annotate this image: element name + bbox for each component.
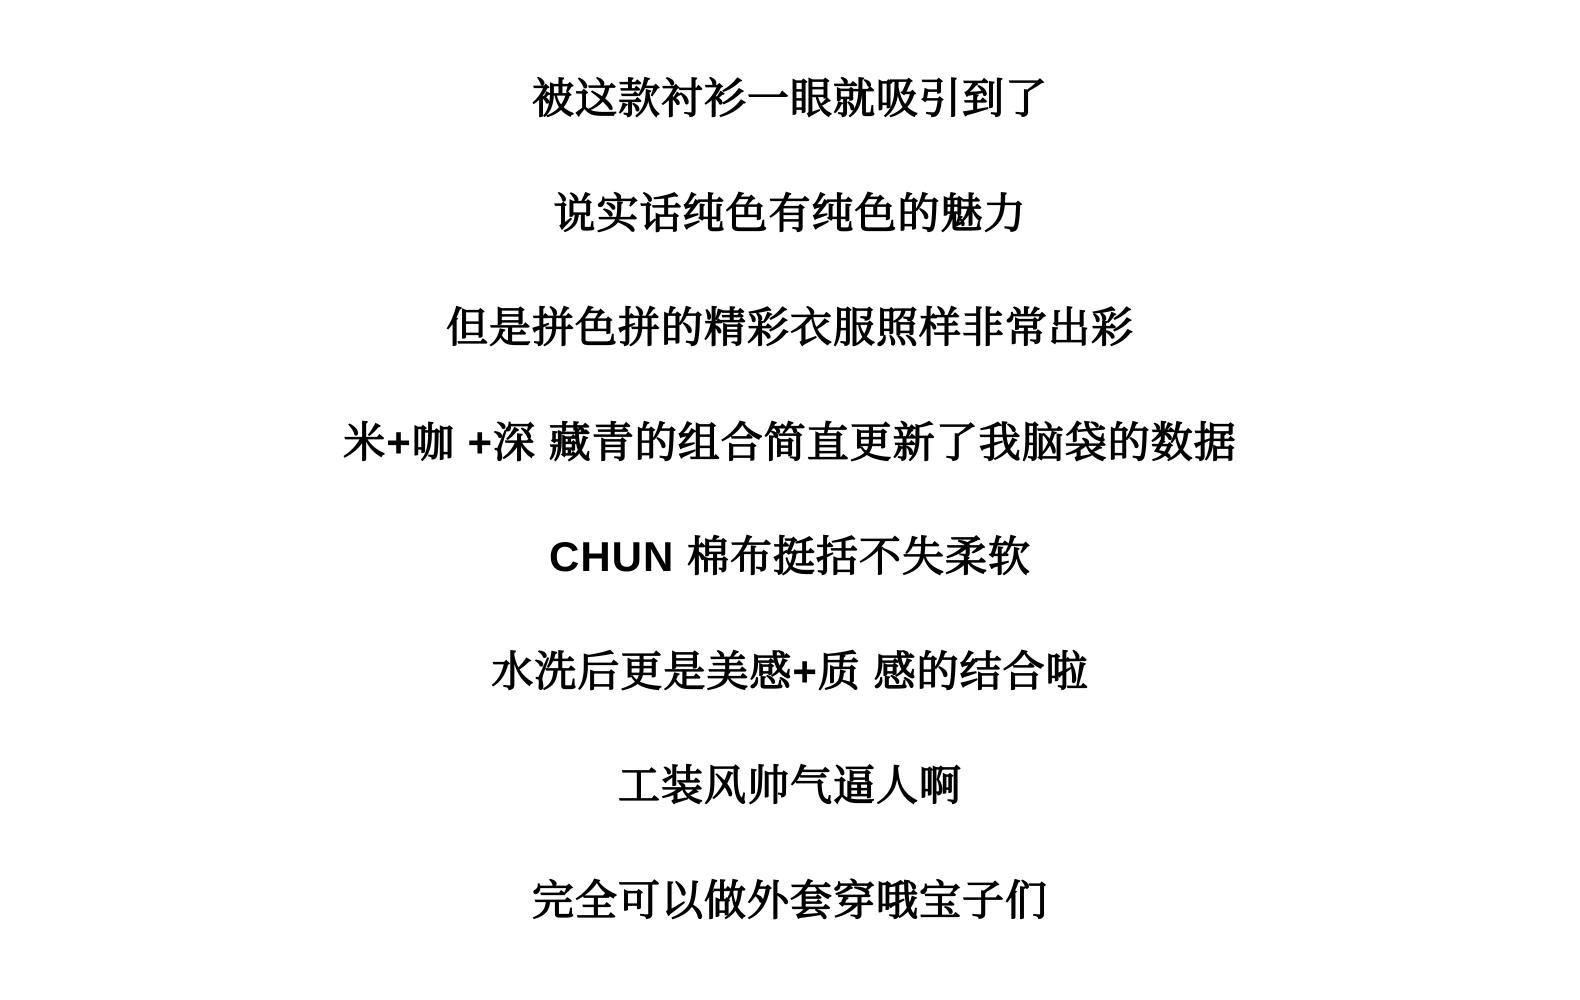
text-line-1: 被这款衬衫一眼就吸引到了	[0, 39, 1580, 154]
text-line-5: CHUN 棉布挺括不失柔软	[0, 497, 1580, 612]
product-copy-page: 被这款衬衫一眼就吸引到了 说实话纯色有纯色的魅力 但是拼色拼的精彩衣服照样非常出…	[0, 0, 1580, 1000]
text-line-2: 说实话纯色有纯色的魅力	[0, 154, 1580, 269]
text-line-6: 水洗后更是美感+质 感的结合啦	[0, 612, 1580, 727]
text-line-3: 但是拼色拼的精彩衣服照样非常出彩	[0, 268, 1580, 383]
text-line-7: 工装风帅气逼人啊	[0, 726, 1580, 841]
text-line-4: 米+咖 +深 藏青的组合简直更新了我脑袋的数据	[0, 383, 1580, 498]
text-line-8: 完全可以做外套穿哦宝子们	[0, 841, 1580, 956]
